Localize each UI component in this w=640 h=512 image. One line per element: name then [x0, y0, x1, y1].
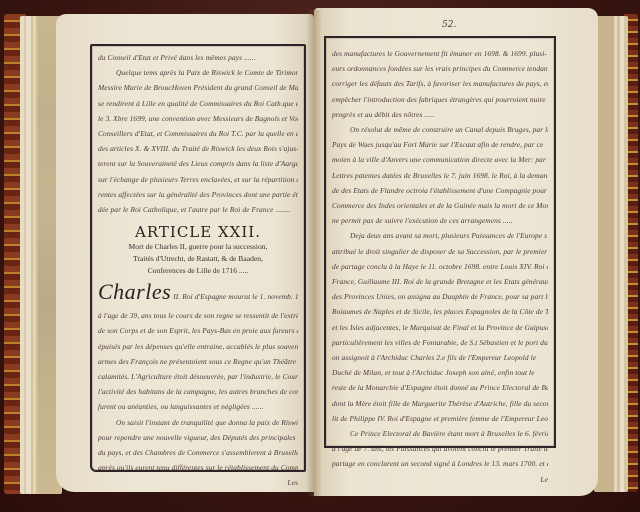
text-line: des manufactures le Gouvernement fit éma… [332, 46, 548, 61]
text-line: des articles X. & XVIII. du Traité de Ri… [98, 141, 298, 156]
text-line: lit de Philippe IV. Roi d'Espagne et pre… [332, 411, 548, 426]
text-line: France, Guillaume III. Roi de la grande … [332, 274, 548, 289]
text-line: On résolut de même de construire un Cana… [332, 122, 548, 137]
text-line: attribué le droit singulier de disposer … [332, 244, 548, 259]
text-line: l'activité des habitans de la campagne, … [98, 384, 298, 399]
text-line: dont la Mère étoit fille de Marguerite T… [332, 396, 548, 411]
text-line: reste de la Monarchie d'Espagne étoit do… [332, 380, 548, 395]
text-line: particulièrement les villes de Fontarabi… [332, 335, 548, 350]
text-line: de partage conclu à la Haye le 11. octob… [332, 259, 548, 274]
text-line: le 3. Xbre 1699, une convention avec Mes… [98, 111, 298, 126]
opening-line-rest: II. Roi d'Espagne mourut le 1. novemb. 1… [173, 286, 298, 308]
text-line: à l'age de 39, ans tous le cours de son … [98, 308, 298, 323]
text-line: Deja deux ans avant sa mort, plusieurs P… [332, 228, 548, 243]
text-line: des Provinces Unies, on assigna au Dauph… [332, 289, 548, 304]
text-line: partage en conclurent un second signé à … [332, 456, 548, 471]
right-page-text: des manufactures le Gouvernement fit éma… [332, 46, 548, 487]
text-line: Pays de Waes jusqu'au Fort Marie sur l'E… [332, 137, 548, 152]
left-page: du Conseil d'Etat et Privé dans les même… [56, 14, 314, 492]
opening-line: Charles II. Roi d'Espagne mourut le 1. n… [98, 281, 298, 308]
text-line: eurs ordonnances fondées sur les vrais p… [332, 61, 548, 76]
text-line: Duché de Milan, et tout à l'Archiduc Jos… [332, 365, 548, 380]
text-line: à l'age de 7. ans, les Puissances qui av… [332, 441, 548, 456]
text-line: épuisés par les dépenses qu'elle entrain… [98, 339, 298, 354]
text-line: armes des François ne présentoient sous … [98, 354, 298, 369]
article-subtitle-line: Mort de Charles II, guerre pour la succe… [98, 241, 298, 253]
catchword: Les [98, 475, 298, 490]
text-line: furent ou anéanties, ou languissantes et… [98, 399, 298, 414]
book-gutter [306, 10, 322, 496]
article-title: ARTICLE XXII. [98, 223, 298, 241]
open-book: du Conseil d'Etat et Privé dans les même… [0, 0, 640, 512]
text-line: terent sur la Souveraineté des Lieux com… [98, 156, 298, 171]
text-line: corriger les défauts des Tarifs, à favor… [332, 76, 548, 91]
text-line: On saisit l'instant de tranquilité que d… [98, 415, 298, 430]
text-line: empêcher l'introduction des fabriques ét… [332, 92, 548, 107]
text-line: se rendirent à Lille en qualité de Commi… [98, 96, 298, 111]
text-line: du Conseil d'Etat et Privé dans les même… [98, 50, 298, 65]
text-line: ne permit pas de suivre l'exécution de c… [332, 213, 548, 228]
text-line: Commerce des Indes orientales et de la G… [332, 198, 548, 213]
article-subtitle-line: Conferences de Lille de 1716 ..... [98, 265, 298, 277]
left-page-text: du Conseil d'Etat et Privé dans les même… [98, 50, 298, 491]
article-heading: ARTICLE XXII. Mort de Charles II, guerre… [98, 223, 298, 277]
text-line: Lettres patentes datées de Bruxelles le … [332, 168, 548, 183]
text-line: Roiaumes de Naples et de Sicile, les pla… [332, 304, 548, 319]
text-line: Conseillers d'Etat, et Commissaires du R… [98, 126, 298, 141]
text-line: pour rependre une nouvelle vigueur, des … [98, 430, 298, 445]
text-line: dée par le Roi Catholique, et l'autre pa… [98, 202, 298, 217]
text-line: Ce Prince Electoral de Bavière étant mor… [332, 426, 548, 441]
text-line: après qu'ils eurent tenu différentes sur… [98, 460, 298, 475]
opening-word-charles: Charles [98, 281, 171, 303]
article-subtitle-line: Traités d'Utrecht, de Rastatt, & de Baad… [98, 253, 298, 265]
text-line: du pays, et des Chambres de Commerce s'a… [98, 445, 298, 460]
text-line: progrès et au débit des nôtres ..... [332, 107, 548, 122]
right-page-stack [594, 16, 628, 492]
text-line: Messire Marie de BroucHoven Président du… [98, 80, 298, 95]
catchword: Le [332, 472, 548, 487]
text-line: moien à la ville d'Anvers une communicat… [332, 152, 548, 167]
text-line: sur l'échange de plusieurs Terres enclav… [98, 172, 298, 187]
left-page-ruled-frame: du Conseil d'Etat et Privé dans les même… [90, 44, 306, 472]
text-line: rentes affectées sur la généralité des P… [98, 187, 298, 202]
text-line: et les Isles adjacentes, le Marquisat de… [332, 320, 548, 335]
text-line: Quelque tems après la Paix de Riswick le… [98, 65, 298, 80]
text-line: on assignoit à l'Archiduc Charles 2.e fi… [332, 350, 548, 365]
page-number: 52. [442, 20, 456, 30]
right-page: 52. des manufactures le Gouvernement fit… [314, 8, 598, 496]
right-page-ruled-frame: des manufactures le Gouvernement fit éma… [324, 36, 556, 448]
text-line: de son Corps et de son Esprit, les Pays-… [98, 323, 298, 338]
text-line: de des Etats de Flandre octroia l'établi… [332, 183, 548, 198]
text-line: calamités. L'Agriculture étoit désoeuvré… [98, 369, 298, 384]
